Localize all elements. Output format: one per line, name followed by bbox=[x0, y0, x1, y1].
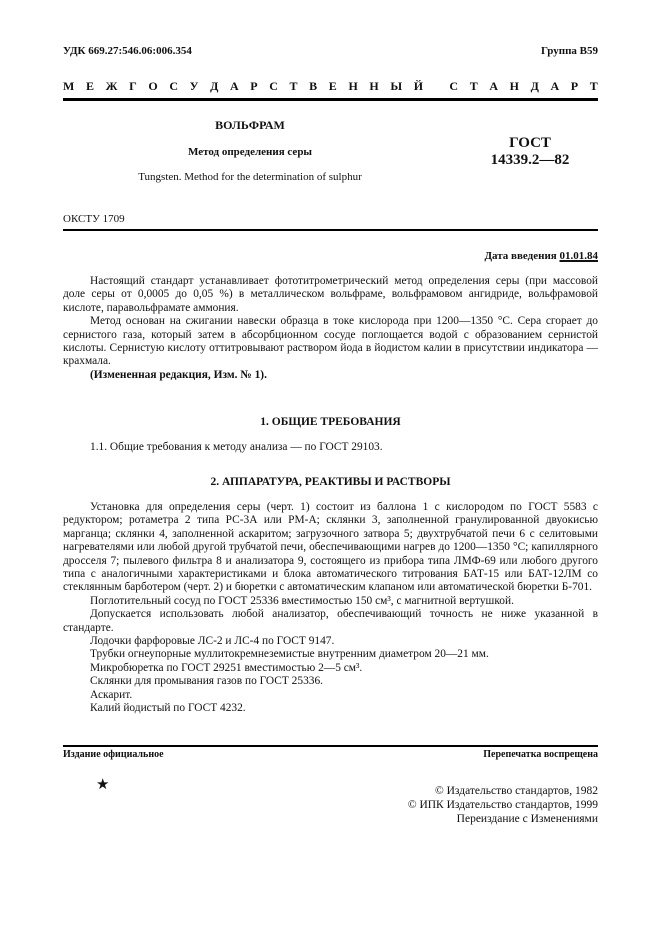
oksty-code: ОКСТУ 1709 bbox=[63, 213, 125, 225]
section-2-heading: 2. АППАРАТУРА, РЕАКТИВЫ И РАСТВОРЫ bbox=[63, 476, 598, 488]
section-2-body: Установка для определения серы (черт. 1)… bbox=[63, 501, 598, 716]
reprint-prohibited-label: Перепечатка воспрещена bbox=[483, 749, 598, 760]
list-item: Микробюретка по ГОСТ 29251 вместимостью … bbox=[63, 662, 598, 675]
banner-letter: А bbox=[230, 79, 239, 94]
top-rule bbox=[63, 98, 598, 101]
introduction-date-value: 01.01.84 bbox=[560, 250, 599, 262]
banner-letter: О bbox=[148, 79, 157, 94]
gost-label: ГОСТ bbox=[470, 135, 590, 152]
banner-letter: Д bbox=[210, 79, 218, 94]
apparatus-paragraph: Установка для определения серы (черт. 1)… bbox=[63, 501, 598, 595]
section-1-text: 1.1. Общие требования к методу анализа —… bbox=[63, 441, 598, 454]
banner-letter: С bbox=[449, 79, 458, 94]
list-item: Лодочки фарфоровые ЛС-2 и ЛС-4 по ГОСТ 9… bbox=[63, 635, 598, 648]
interstate-standard-banner: МЕЖГОСУДАРСТВЕННЫЙ СТАНДАРТ bbox=[63, 79, 598, 94]
copyright-block: © Издательство стандартов, 1982 © ИПК Из… bbox=[408, 784, 598, 826]
banner-letter: С bbox=[169, 79, 178, 94]
list-item: Аскарит. bbox=[63, 689, 598, 702]
copyright-line: © Издательство стандартов, 1982 bbox=[408, 784, 598, 798]
banner-letter: Н bbox=[348, 79, 357, 94]
banner-letter: Д bbox=[531, 79, 539, 94]
star-icon: ★ bbox=[96, 775, 109, 794]
banner-letter: Р bbox=[250, 79, 257, 94]
footer-rule bbox=[63, 745, 598, 747]
banner-letter: Г bbox=[129, 79, 137, 94]
intro-section: Настоящий стандарт устанавливает фототит… bbox=[63, 275, 598, 382]
banner-letter: Е bbox=[329, 79, 337, 94]
banner-letter: А bbox=[489, 79, 498, 94]
banner-letter: М bbox=[63, 79, 74, 94]
banner-letter: Т bbox=[470, 79, 478, 94]
banner-letter: Т bbox=[590, 79, 598, 94]
banner-letter: С bbox=[269, 79, 278, 94]
banner-letter: Ж bbox=[106, 79, 118, 94]
official-edition-label: Издание официальное bbox=[63, 749, 164, 760]
banner-letter: У bbox=[190, 79, 199, 94]
intro-paragraph: Настоящий стандарт устанавливает фототит… bbox=[63, 275, 598, 315]
banner-letter: Е bbox=[86, 79, 94, 94]
banner-letter: А bbox=[550, 79, 559, 94]
banner-letter: Н bbox=[510, 79, 519, 94]
english-title: Tungsten. Method for the determination o… bbox=[120, 171, 380, 183]
analyzer-paragraph: Допускается использовать любой анализато… bbox=[63, 608, 598, 635]
gost-designation: ГОСТ 14339.2—82 bbox=[470, 135, 590, 169]
section-1-body: 1.1. Общие требования к методу анализа —… bbox=[63, 441, 598, 454]
copyright-line: © ИПК Издательство стандартов, 1999 bbox=[408, 798, 598, 812]
oksty-rule bbox=[63, 229, 598, 231]
udk-code: УДК 669.27:546.06:006.354 bbox=[63, 45, 192, 57]
absorber-paragraph: Поглотительный сосуд по ГОСТ 25336 вмест… bbox=[63, 595, 598, 608]
gost-number: 14339.2—82 bbox=[470, 152, 590, 169]
introduction-date: Дата введения 01.01.84 bbox=[484, 250, 598, 262]
introduction-date-label: Дата введения bbox=[484, 250, 559, 262]
document-title: ВОЛЬФРАМ bbox=[150, 118, 350, 133]
list-item: Калий йодистый по ГОСТ 4232. bbox=[63, 702, 598, 715]
banner-letter: Ы bbox=[390, 79, 402, 94]
list-item: Склянки для промывания газов по ГОСТ 253… bbox=[63, 675, 598, 688]
banner-letter: Т bbox=[290, 79, 298, 94]
section-1-heading: 1. ОБЩИЕ ТРЕБОВАНИЯ bbox=[63, 416, 598, 428]
copyright-line: Переиздание с Изменениями bbox=[408, 812, 598, 826]
intro-paragraph: Метод основан на сжигании навески образц… bbox=[63, 315, 598, 369]
group-code: Группа В59 bbox=[541, 45, 598, 57]
document-subtitle: Метод определения серы bbox=[150, 146, 350, 158]
list-item: Трубки огнеупорные муллитокремнеземистые… bbox=[63, 648, 598, 661]
banner-letter: В bbox=[309, 79, 317, 94]
banner-letter: Н bbox=[369, 79, 378, 94]
banner-letter: Р bbox=[571, 79, 578, 94]
banner-letter: Й bbox=[414, 79, 423, 94]
amendment-note: (Измененная редакция, Изм. № 1). bbox=[63, 369, 598, 382]
banner-letter bbox=[435, 79, 438, 94]
